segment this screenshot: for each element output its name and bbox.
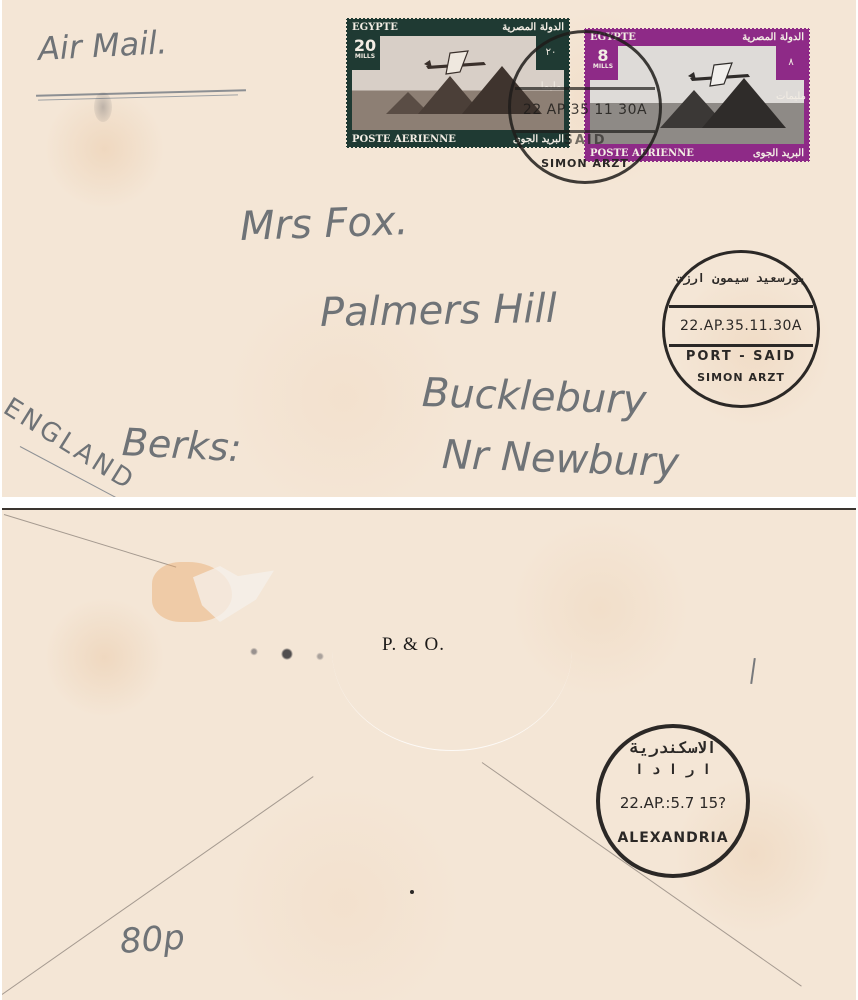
stamp-country-arabic: الدولة المصرية: [742, 32, 804, 43]
postmark-sub: SIMON ARZT: [511, 157, 659, 170]
address-line-name: Mrs Fox.: [239, 198, 409, 250]
postmark-date-band: 22.AP.35.11.30A: [669, 305, 813, 347]
po-imprint: P. & O.: [382, 634, 445, 656]
flap-curve: [332, 550, 572, 751]
address-line-town: Nr Newbury: [441, 432, 680, 486]
pencil-price-note: 80p: [119, 918, 186, 962]
address-line-house: Palmers Hill: [320, 286, 558, 336]
postmark-on-stamps: 22 AP 35 11 30A SAID SIMON ARZT: [508, 30, 662, 184]
stamp-header: EGYPTE الدولة المصرية: [346, 20, 570, 34]
air-mail-annotation: Air Mail.: [37, 23, 168, 68]
stamp-caption-arabic: البريد الجوى: [753, 148, 804, 159]
envelope-front: Air Mail. EGYPTE الدولة المصرية 20 MILLS…: [2, 0, 856, 497]
postmark-port-said: بورسعيد سيمون ارزت 22.AP.35.11.30A PORT …: [662, 250, 820, 408]
address-country: ENGLAND: [2, 392, 141, 497]
postmark-place: ALEXANDRIA: [600, 830, 746, 846]
flap-crease: [4, 514, 176, 568]
postmark-place: SAID: [511, 133, 659, 148]
smudge: [94, 92, 112, 122]
stamp-caption: POSTE AERIENNE: [352, 134, 456, 145]
stamp-country-arabic: الدولة المصرية: [502, 22, 564, 33]
airplane-icon: [424, 50, 488, 76]
postmark-place: PORT - SAID: [665, 349, 817, 364]
stamp-value: 20: [350, 36, 380, 54]
postmark-arabic: بورسعيد سيمون ارزت: [665, 271, 817, 285]
envelope-back: P. & O. الاسكندرية ا ر ا د ا 22.AP.:5.7 …: [2, 508, 856, 1000]
ink-dot: [410, 890, 414, 894]
postmark-sub: SIMON ARZT: [665, 371, 817, 384]
stamp-country-label: EGYPTE: [352, 22, 398, 33]
postmark-date-band: 22 AP 35 11 30A: [515, 87, 655, 133]
flap-crease: [2, 776, 314, 995]
address-county: Berks:: [121, 420, 243, 470]
airplane-icon: [688, 62, 752, 88]
stamp-value-box: 20 MILLS: [350, 36, 380, 70]
pencil-mark: [750, 658, 756, 684]
postmark-alexandria: الاسكندرية ا ر ا د ا 22.AP.:5.7 15? ALEX…: [596, 724, 750, 878]
postmark-arabic-sub: ا ر ا د ا: [600, 762, 746, 778]
stamp-value-arabic: ٨ مليمات: [776, 46, 806, 80]
postmark-date: 22.AP.:5.7 15?: [600, 794, 746, 812]
ink-speckles: [232, 642, 342, 666]
postmark-arabic: الاسكندرية: [600, 738, 746, 757]
address-line-village: Bucklebury: [421, 370, 647, 424]
